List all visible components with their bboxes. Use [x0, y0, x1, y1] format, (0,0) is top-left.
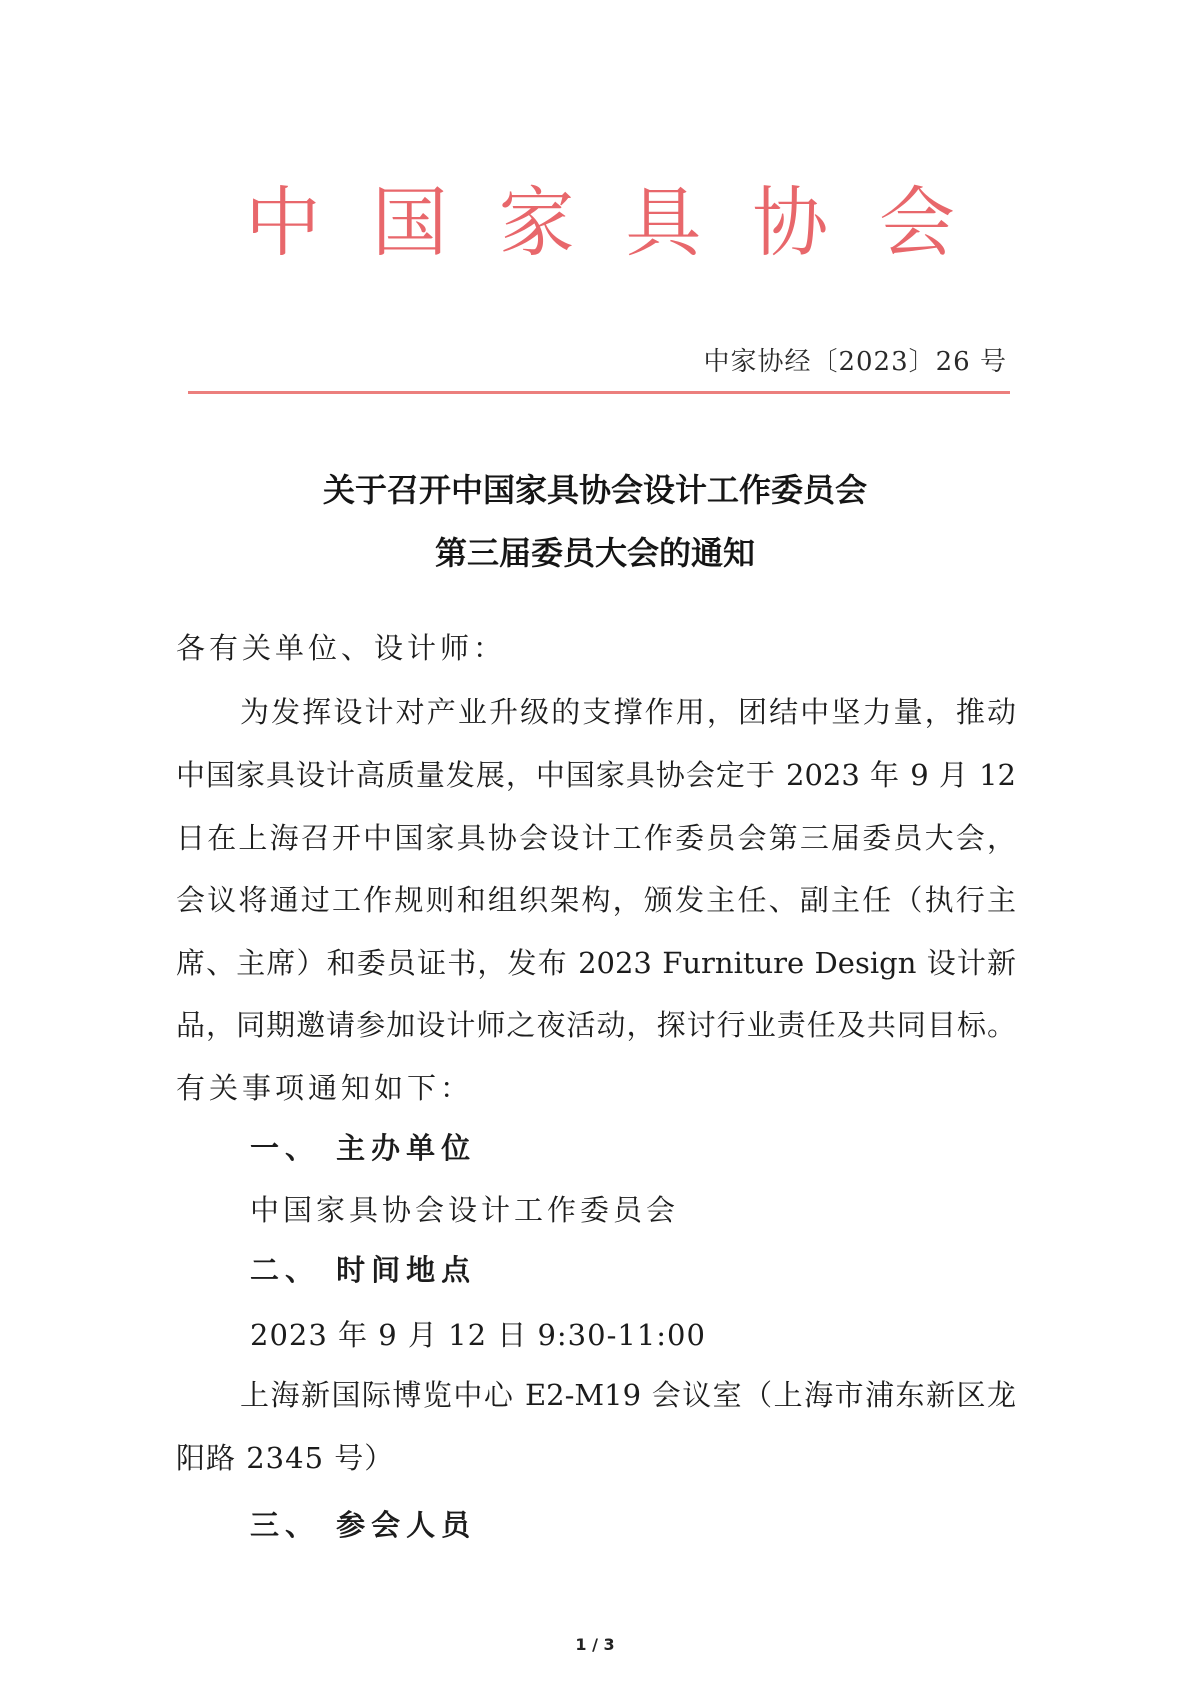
document-title-line-1: 关于召开中国家具协会设计工作委员会	[0, 468, 1190, 512]
paragraph-line: 中国家具设计高质量发展，中国家具协会定于 2023 年 9 月 12	[176, 753, 1016, 797]
document-page: 中 国 家 具 协 会 中家协经〔2023〕26 号 关于召开中国家具协会设计工…	[0, 0, 1190, 1682]
section-heading-time-place: 二、 时间地点	[250, 1248, 476, 1292]
paragraph-line: 会议将通过工作规则和组织架构，颁发主任、副主任（执行主	[176, 878, 1016, 922]
paragraph-line: 为发挥设计对产业升级的支撑作用，团结中坚力量，推动	[240, 690, 1016, 734]
salutation: 各有关单位、设计师：	[176, 626, 506, 670]
masthead-char: 中	[245, 178, 321, 268]
masthead-char: 具	[625, 178, 701, 268]
masthead-char: 国	[372, 178, 448, 268]
document-title-line-2: 第三届委员大会的通知	[0, 531, 1190, 575]
masthead-char: 协	[752, 178, 828, 268]
paragraph-line: 日在上海召开中国家具协会设计工作委员会第三届委员大会，	[176, 816, 1016, 860]
section-heading-attendees: 三、 参会人员	[250, 1503, 476, 1547]
masthead-char: 会	[879, 178, 955, 268]
meeting-datetime: 2023 年 9 月 12 日 9:30-11:00	[250, 1313, 706, 1357]
paragraph-line: 有关事项通知如下：	[176, 1066, 473, 1110]
page-number: 1 / 3	[0, 1634, 1190, 1656]
section-heading-organizer: 一、 主办单位	[250, 1126, 476, 1170]
red-divider-rule	[188, 391, 1010, 394]
section-text: 中国家具协会设计工作委员会	[250, 1188, 679, 1232]
paragraph-line: 品，同期邀请参加设计师之夜活动，探讨行业责任及共同目标。	[176, 1003, 1016, 1047]
paragraph-line: 席、主席）和委员证书，发布 2023 Furniture Design 设计新	[176, 941, 1016, 985]
masthead: 中 国 家 具 协 会	[245, 178, 955, 268]
document-number: 中家协经〔2023〕26 号	[703, 342, 1007, 382]
meeting-venue: 上海新国际博览中心 E2-M19 会议室（上海市浦东新区龙	[240, 1373, 1016, 1417]
masthead-char: 家	[499, 178, 575, 268]
meeting-venue-cont: 阳路 2345 号）	[176, 1436, 394, 1480]
